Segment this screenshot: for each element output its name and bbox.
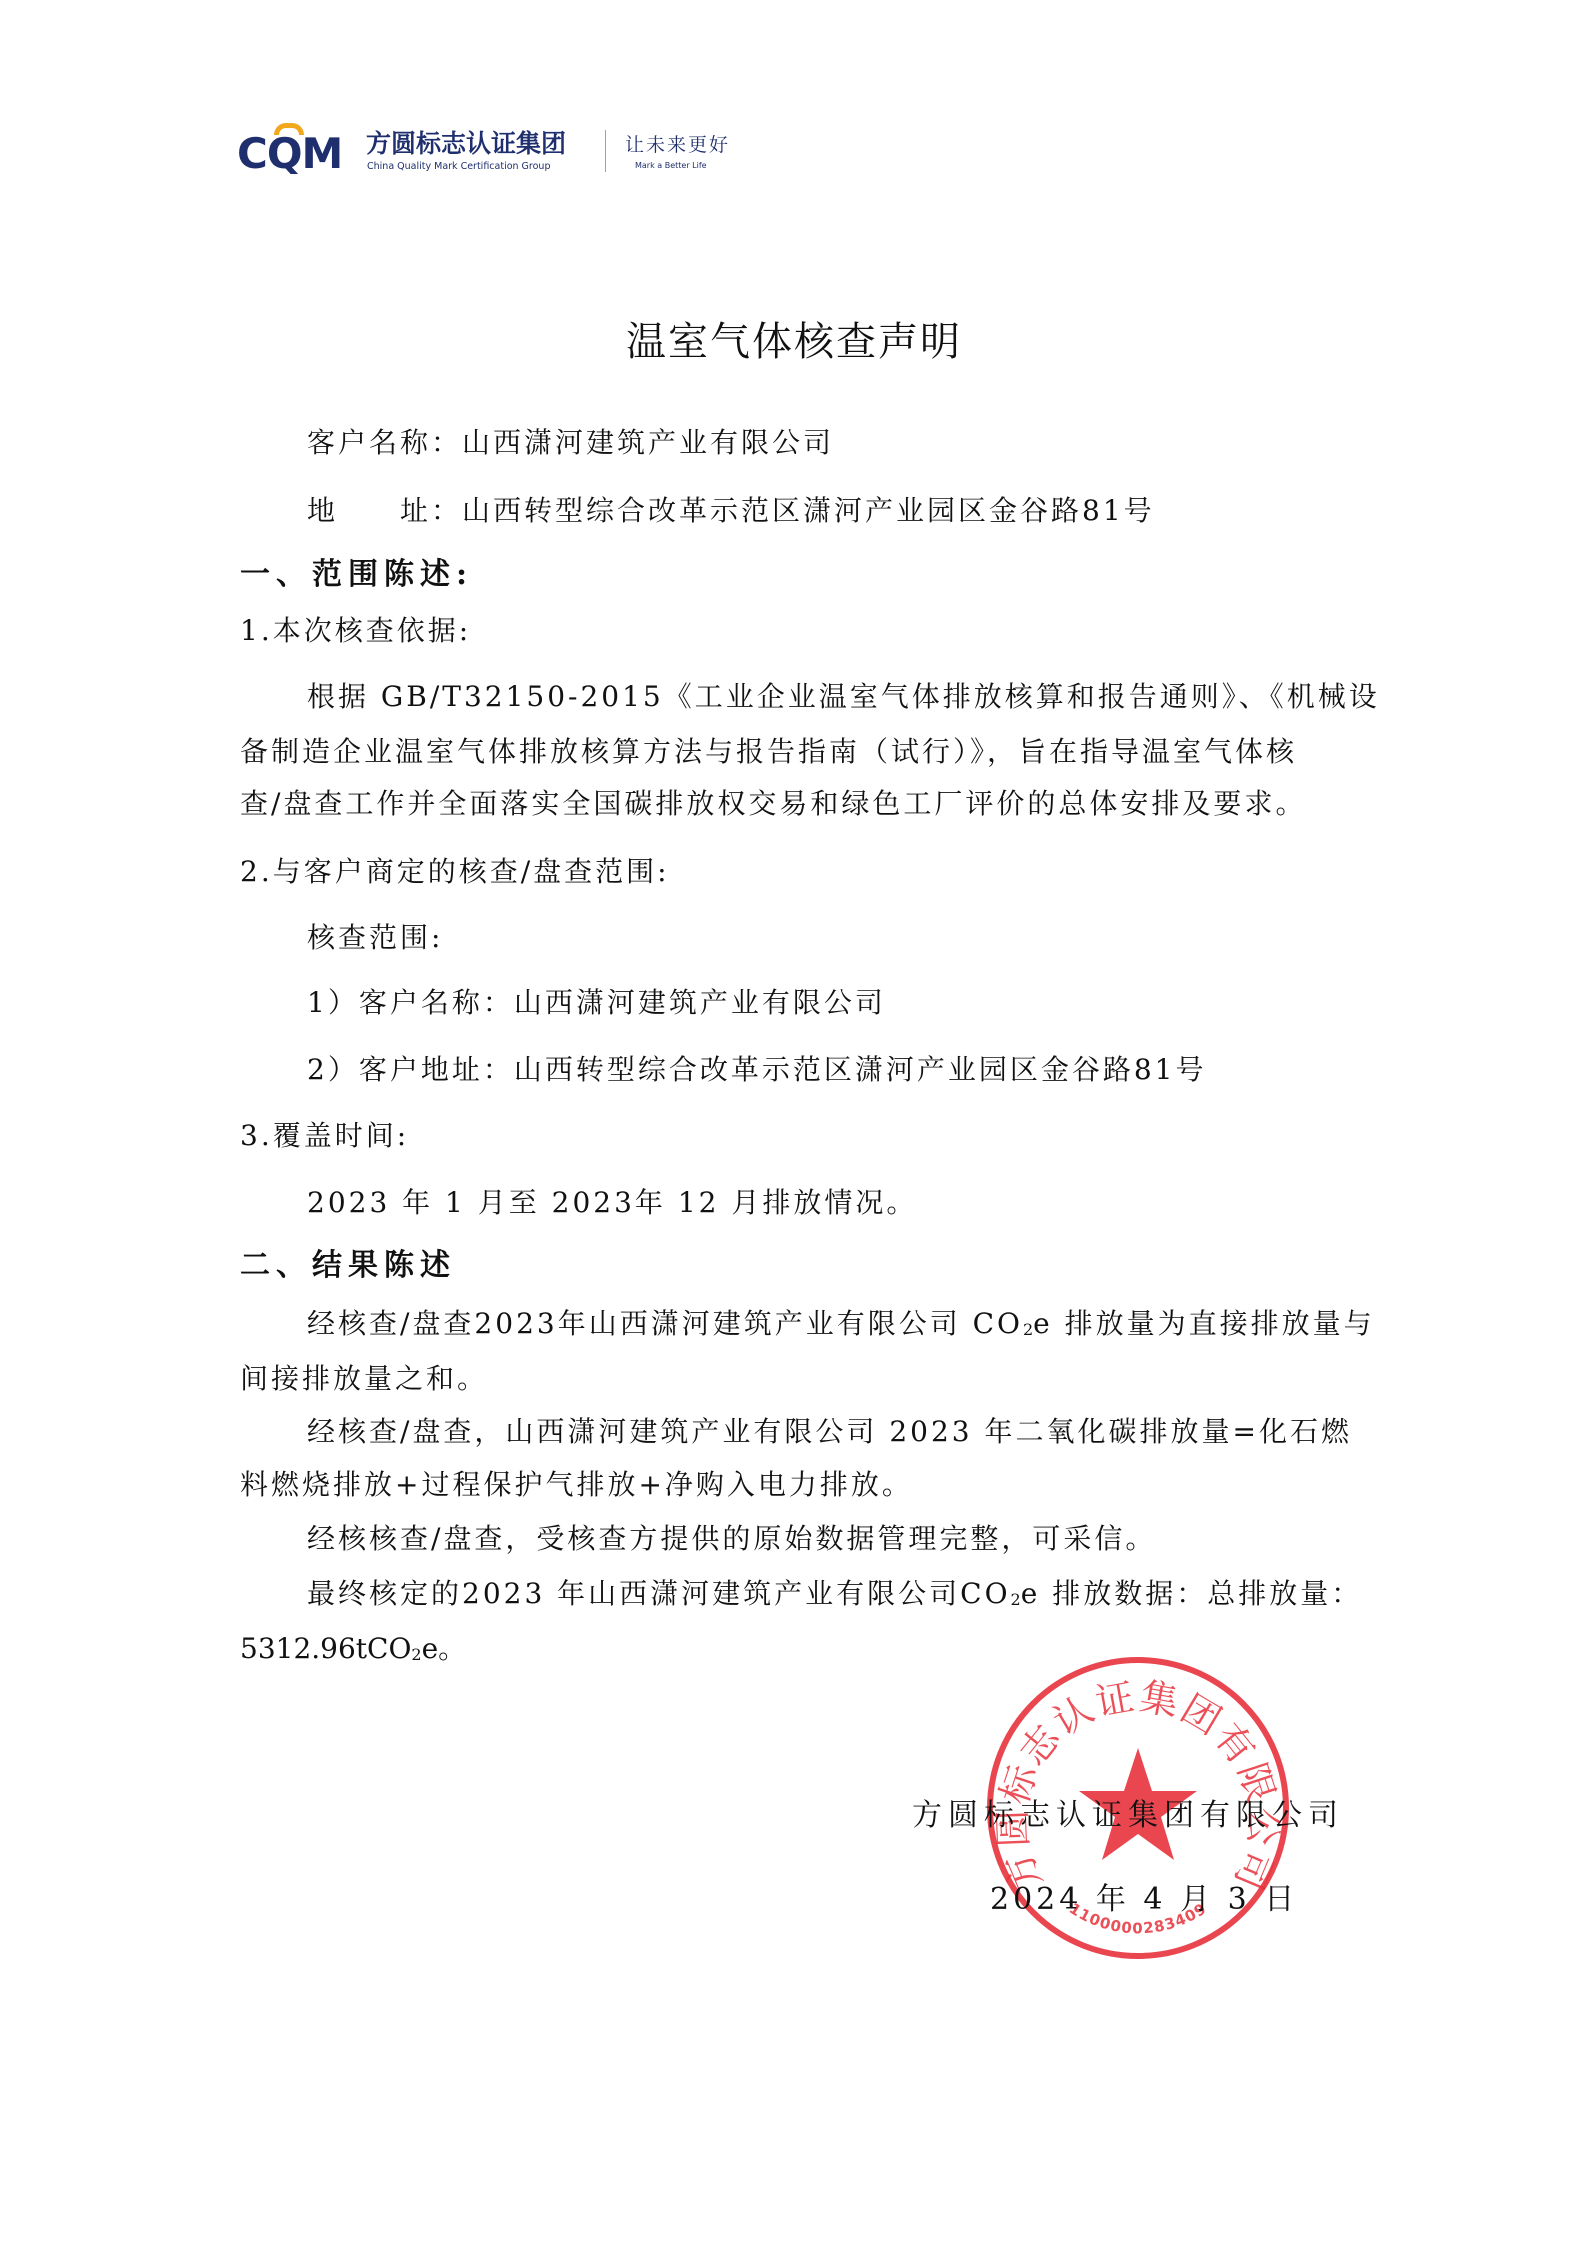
address: 山西转型综合改革示范区潇河产业园区金谷路81号 <box>462 494 1155 527</box>
address-row: 地址：山西转型综合改革示范区潇河产业园区金谷路81号 <box>307 493 1155 529</box>
result-p1-line2: 间接排放量之和。 <box>240 1361 488 1397</box>
result-p4-text-a: 最终核定的2023 年山西潇河建筑产业有限公司CO <box>307 1577 1011 1610</box>
result-p4-line1: 最终核定的2023 年山西潇河建筑产业有限公司CO2e 排放数据：总排放量： <box>307 1576 1362 1618</box>
total-emissions-suffix: e。 <box>422 1632 467 1665</box>
signing-company: 方圆标志认证集团有限公司 <box>912 1798 1344 1834</box>
section1-heading: 一、范围陈述: <box>240 557 473 593</box>
result-p2-line2: 料燃烧排放+过程保护气排放+净购入电力排放。 <box>240 1467 913 1503</box>
item1-label: 1.本次核查依据: <box>240 613 471 649</box>
company-logo: CQM 方圆标志认证集团 China Quality Mark Certific… <box>237 118 757 180</box>
item3-label: 3.覆盖时间: <box>240 1118 409 1154</box>
scope-item-client-name: 1）客户名称：山西潇河建筑产业有限公司 <box>307 985 886 1021</box>
scope-label: 核查范围: <box>307 920 443 956</box>
logo-mark: CQM <box>237 132 342 176</box>
co2-subscript: 2 <box>1011 1590 1021 1609</box>
item2-label: 2.与客户商定的核查/盘查范围: <box>240 854 670 890</box>
client-name-row: 客户名称：山西潇河建筑产业有限公司 <box>307 425 834 461</box>
basis-line-3: 查/盘查工作并全面落实全国碳排放权交易和绿色工厂评价的总体安排及要求。 <box>240 786 1306 822</box>
co2-subscript: 2 <box>411 1645 421 1664</box>
brand-name-en: China Quality Mark Certification Group <box>367 161 550 172</box>
section2-heading: 二、结果陈述 <box>240 1248 456 1284</box>
result-p4-text-b: e 排放数据：总排放量： <box>1021 1577 1362 1610</box>
client-name-label: 客户名称： <box>307 426 462 459</box>
client-name: 山西潇河建筑产业有限公司 <box>462 426 834 459</box>
result-p1-line1: 经核查/盘查2023年山西潇河建筑产业有限公司 CO2e 排放量为直接排放量与 <box>307 1306 1375 1348</box>
result-p3: 经核核查/盘查，受核查方提供的原始数据管理完整，可采信。 <box>307 1521 1156 1557</box>
slogan-cn: 让未来更好 <box>625 134 730 156</box>
address-label-part2: 址： <box>400 494 462 527</box>
co2-subscript: 2 <box>1023 1320 1033 1339</box>
brand-name-cn: 方圆标志认证集团 <box>366 130 566 158</box>
address-label-part1: 地 <box>307 494 338 527</box>
document-title: 温室气体核查声明 <box>0 318 1588 366</box>
logo-divider <box>605 130 606 172</box>
coverage-period: 2023 年 1 月至 2023年 12 月排放情况。 <box>307 1185 917 1221</box>
basis-line-2: 备制造企业温室气体排放核算方法与报告指南（试行）》，旨在指导温室气体核 <box>240 734 1297 770</box>
total-emissions-value: 5312.96tCO <box>240 1632 411 1665</box>
total-emissions-line: 5312.96tCO2e。 <box>240 1631 466 1673</box>
result-p1-text-b: e 排放量为直接排放量与 <box>1033 1307 1374 1340</box>
scope-item-client-address: 2）客户地址：山西转型综合改革示范区潇河产业园区金谷路81号 <box>307 1052 1206 1088</box>
signing-date: 2024 年 4 月 3 日 <box>990 1882 1298 1918</box>
result-p2-line1: 经核查/盘查，山西潇河建筑产业有限公司 2023 年二氧化碳排放量=化石燃 <box>307 1414 1352 1450</box>
result-p1-text-a: 经核查/盘查2023年山西潇河建筑产业有限公司 CO <box>307 1307 1023 1340</box>
slogan-en: Mark a Better Life <box>635 161 707 171</box>
basis-line-1: 根据 GB/T32150-2015《工业企业温室气体排放核算和报告通则》、《机械… <box>307 679 1380 715</box>
